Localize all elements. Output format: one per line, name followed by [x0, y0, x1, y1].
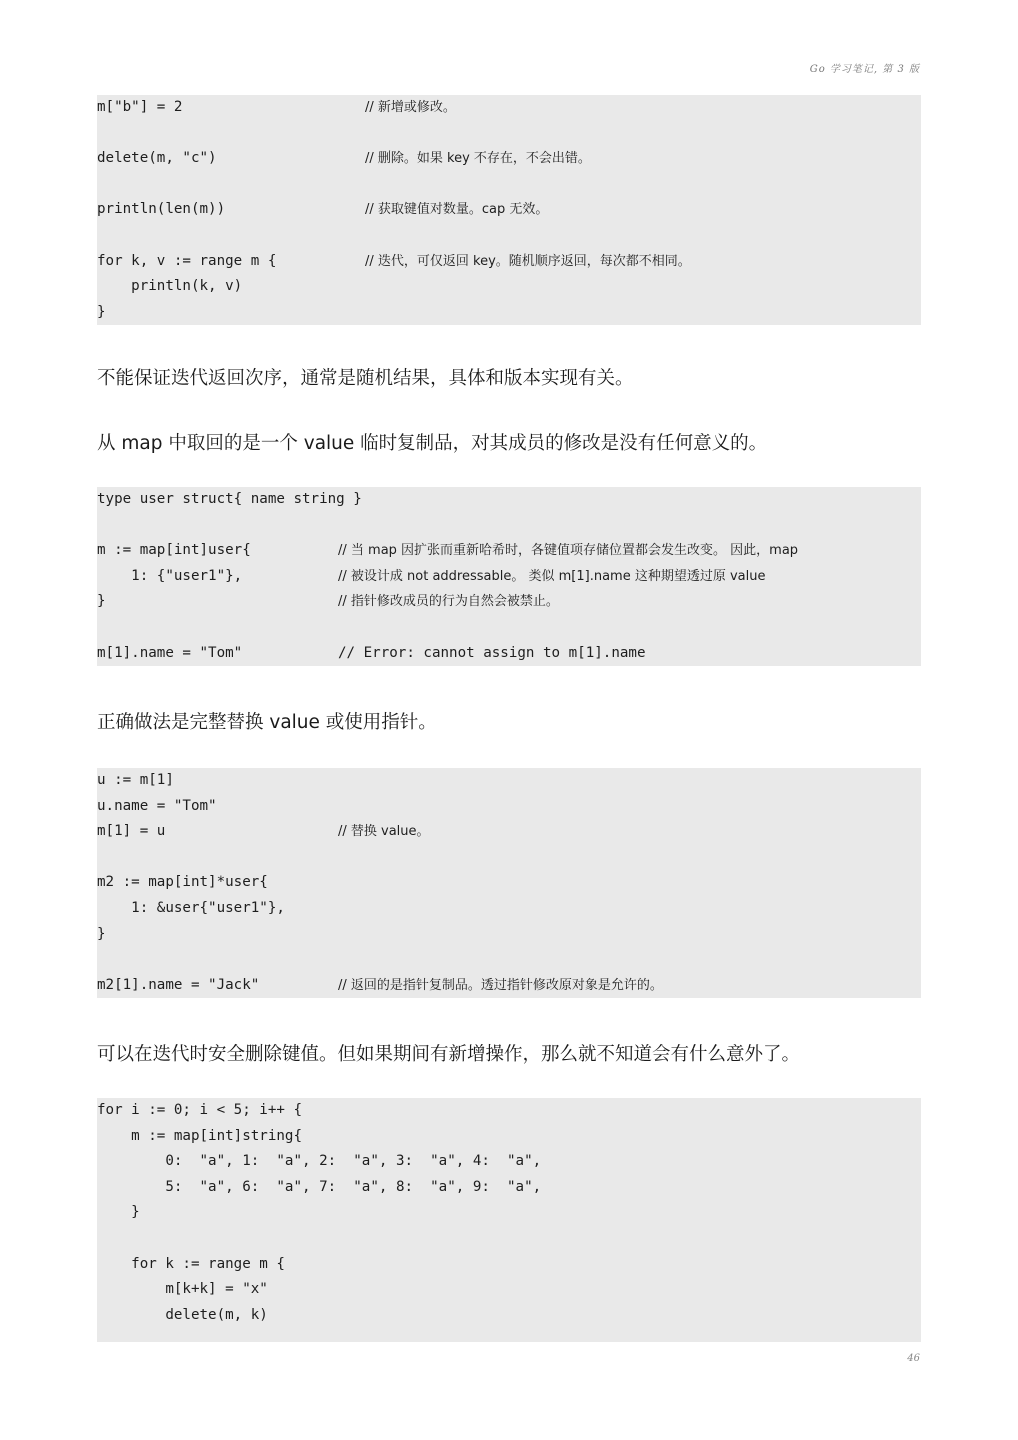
code-text: m[1] = u	[97, 823, 165, 839]
code-line	[97, 845, 921, 871]
code-line: m[1] = u// 替换 value。	[97, 819, 921, 845]
code-line: m2[1].name = "Jack"// 返回的是指针复制品。透过指针修改原对…	[97, 973, 921, 999]
paragraph-value-copy: 从 map 中取回的是一个 value 临时复制品，对其成员的修改是没有任何意义…	[97, 429, 767, 455]
running-header: Go 学习笔记, 第 3 版	[810, 60, 920, 75]
code-text: m := map[int]string{	[97, 1128, 302, 1144]
code-text: println(k, v)	[97, 278, 242, 294]
code-text: println(len(m))	[97, 201, 225, 217]
code-line: 5: "a", 6: "a", 7: "a", 8: "a", 9: "a",	[97, 1175, 921, 1201]
code-text: u := m[1]	[97, 772, 174, 788]
code-text: m[1].name = "Tom"	[97, 645, 242, 661]
code-text: type user struct{ name string }	[97, 491, 362, 507]
code-comment: // 删除。如果 key 不存在，不会出错。	[365, 146, 591, 172]
code-line: m[1].name = "Tom"// Error: cannot assign…	[97, 641, 921, 667]
code-line: m["b"] = 2// 新增或修改。	[97, 95, 921, 121]
code-block-map-operations: m["b"] = 2// 新增或修改。 delete(m, "c")// 删除。…	[97, 95, 921, 325]
code-comment: // 指针修改成员的行为自然会被禁止。	[338, 589, 559, 615]
code-line: }	[97, 300, 921, 326]
page-number: 46	[907, 1353, 920, 1364]
code-line: 0: "a", 1: "a", 2: "a", 3: "a", 4: "a",	[97, 1149, 921, 1175]
code-line: 1: &user{"user1"},	[97, 896, 921, 922]
code-line	[97, 223, 921, 249]
code-text: u.name = "Tom"	[97, 798, 217, 814]
code-comment: // 被设计成 not addressable。 类似 m[1].name 这种…	[338, 564, 765, 590]
code-text: delete(m, "c")	[97, 150, 217, 166]
code-comment: // 替换 value。	[338, 819, 430, 845]
code-line: u := m[1]	[97, 768, 921, 794]
code-line: type user struct{ name string }	[97, 487, 921, 513]
code-comment: // 获取键值对数量。cap 无效。	[365, 197, 548, 223]
code-text: }	[97, 593, 106, 609]
code-line	[97, 172, 921, 198]
code-text: 1: {"user1"},	[97, 568, 242, 584]
code-line	[97, 1226, 921, 1252]
code-text: }	[97, 926, 106, 942]
code-text: }	[97, 304, 106, 320]
code-line: for k := range m {	[97, 1252, 921, 1278]
code-text: 0: "a", 1: "a", 2: "a", 3: "a", 4: "a",	[97, 1153, 541, 1169]
code-line	[97, 615, 921, 641]
code-block-delete-during-iteration: for i := 0; i < 5; i++ { m := map[int]st…	[97, 1098, 921, 1342]
code-line	[97, 513, 921, 539]
code-comment: // 返回的是指针复制品。透过指针修改原对象是允许的。	[338, 973, 663, 999]
code-text: m["b"] = 2	[97, 99, 182, 115]
code-text: for k, v := range m {	[97, 253, 276, 269]
code-text: }	[97, 1204, 140, 1220]
code-line: println(k, v)	[97, 274, 921, 300]
code-comment: // Error: cannot assign to m[1].name	[338, 641, 646, 667]
code-text: 1: &user{"user1"},	[97, 900, 285, 916]
code-comment: // 迭代，可仅返回 key。随机顺序返回，每次都不相同。	[365, 249, 691, 275]
code-text: for i := 0; i < 5; i++ {	[97, 1102, 302, 1118]
code-text: m[k+k] = "x"	[97, 1281, 268, 1297]
code-line: for k, v := range m {// 迭代，可仅返回 key。随机顺序…	[97, 249, 921, 275]
code-block-replace-or-pointer: u := m[1] u.name = "Tom" m[1] = u// 替换 v…	[97, 768, 921, 998]
paragraph-correct-approach: 正确做法是完整替换 value 或使用指针。	[97, 708, 437, 734]
code-line: m := map[int]user{// 当 map 因扩张而重新哈希时，各键值…	[97, 538, 921, 564]
paragraph-iteration-order: 不能保证迭代返回次序，通常是随机结果，具体和版本实现有关。	[97, 364, 634, 390]
code-line: u.name = "Tom"	[97, 794, 921, 820]
code-comment: // 当 map 因扩张而重新哈希时，各键值项存储位置都会发生改变。 因此，ma…	[338, 538, 798, 564]
code-line: m2 := map[int]*user{	[97, 870, 921, 896]
code-line: delete(m, k)	[97, 1303, 921, 1329]
code-line: }	[97, 922, 921, 948]
code-line: 1: {"user1"},// 被设计成 not addressable。 类似…	[97, 564, 921, 590]
paragraph-safe-delete: 可以在迭代时安全删除键值。但如果期间有新增操作，那么就不知道会有什么意外了。	[97, 1040, 800, 1066]
code-line	[97, 121, 921, 147]
code-text: m2[1].name = "Jack"	[97, 977, 259, 993]
code-line: m := map[int]string{	[97, 1124, 921, 1150]
code-line: delete(m, "c")// 删除。如果 key 不存在，不会出错。	[97, 146, 921, 172]
code-text: delete(m, k)	[97, 1307, 268, 1323]
code-comment: // 新增或修改。	[365, 95, 456, 121]
code-line: for i := 0; i < 5; i++ {	[97, 1098, 921, 1124]
code-line: }// 指针修改成员的行为自然会被禁止。	[97, 589, 921, 615]
code-line: }	[97, 1200, 921, 1226]
code-text: for k := range m {	[97, 1256, 285, 1272]
code-line: m[k+k] = "x"	[97, 1277, 921, 1303]
code-block-not-addressable: type user struct{ name string } m := map…	[97, 487, 921, 666]
code-line: println(len(m))// 获取键值对数量。cap 无效。	[97, 197, 921, 223]
code-text: m2 := map[int]*user{	[97, 874, 268, 890]
code-text: 5: "a", 6: "a", 7: "a", 8: "a", 9: "a",	[97, 1179, 541, 1195]
code-line	[97, 947, 921, 973]
code-text: m := map[int]user{	[97, 542, 251, 558]
